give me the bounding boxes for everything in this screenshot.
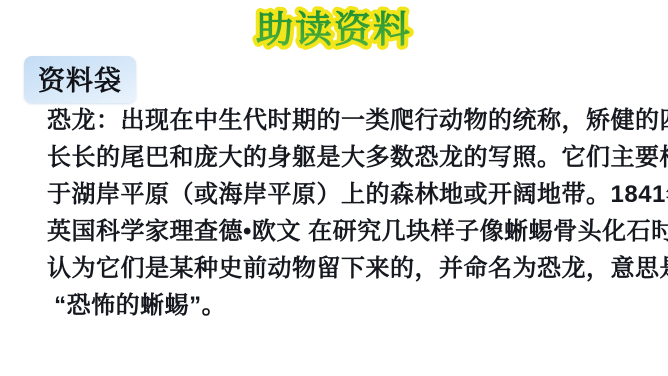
body-line: 恐龙：出现在中生代时期的一类爬行动物的统称，矫健的四肢、	[47, 102, 647, 139]
body-line: 认为它们是某种史前动物留下来的，并命名为恐龙，意思是	[47, 250, 647, 287]
section-badge-label: 资料袋	[38, 66, 122, 96]
body-line: 于湖岸平原（或海岸平原）上的森林地或开阔地带。1841年，	[47, 176, 647, 213]
slide-title-art: 助读资料	[0, 0, 668, 58]
body-line: “恐怖的蜥蜴”。	[47, 287, 647, 324]
body-line: 英国科学家理查德•欧文 在研究几块样子像蜥蜴骨头化石时，	[47, 213, 647, 250]
slide-canvas: 助读资料 资料袋 恐龙：出现在中生代时期的一类爬行动物的统称，矫健的四肢、 长长…	[0, 0, 668, 376]
section-badge-ziliaodai: 资料袋	[24, 56, 136, 103]
slide-title-container: 助读资料	[0, 0, 668, 58]
page-title: 助读资料	[256, 9, 412, 50]
body-line: 长长的尾巴和庞大的身躯是大多数恐龙的写照。它们主要栖息	[47, 139, 647, 176]
body-paragraph: 恐龙：出现在中生代时期的一类爬行动物的统称，矫健的四肢、 长长的尾巴和庞大的身躯…	[47, 102, 647, 324]
